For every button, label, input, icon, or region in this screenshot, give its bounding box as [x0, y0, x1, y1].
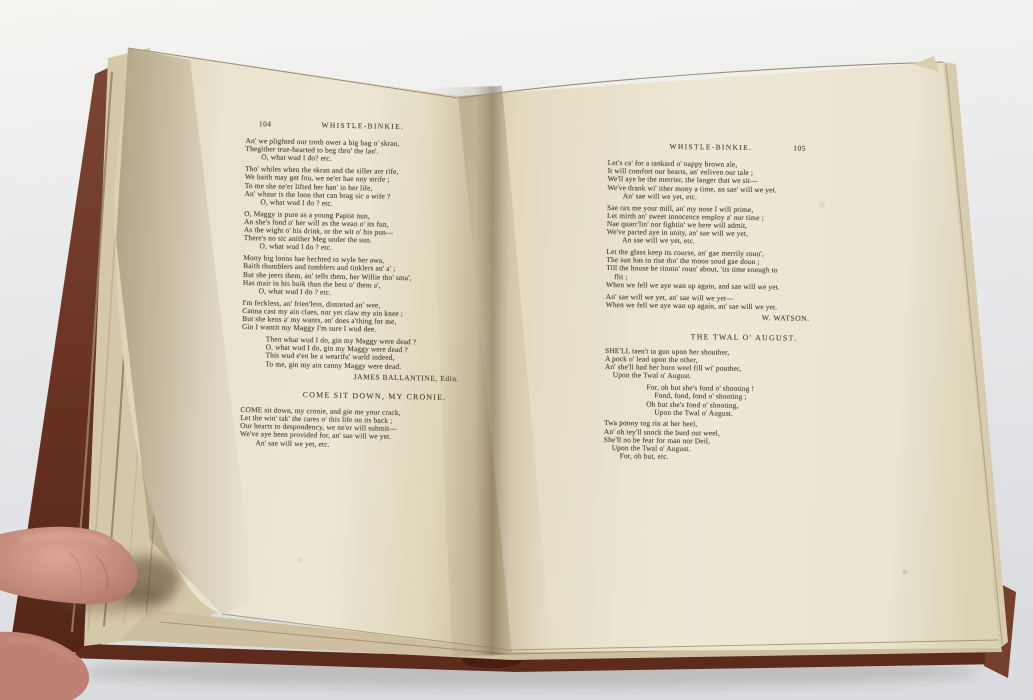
poem-heading: COME SIT DOWN, MY CRONIE.: [241, 390, 509, 403]
left-page-number: 104: [259, 120, 272, 128]
poem-stanza: O, Maggy is pure as a young Papist nun,A…: [243, 210, 526, 256]
poem-stanza: Twa ponny tog rin at her heel,An' oh tey…: [604, 419, 897, 464]
poem-stanza: COME sit down, my cronie, and gie me you…: [240, 406, 523, 452]
right-running-header: WHISTLE-BINKIE. 105: [608, 142, 814, 155]
photo-open-book: 104 WHISTLE-BINKIE. An' we plighted our …: [0, 0, 1033, 700]
poem-stanza: An' we plighted our troth ower a big bag…: [245, 137, 527, 167]
right-running-title: WHISTLE-BINKIE.: [669, 142, 752, 152]
poem-stanza: Then what wud I do, gin my Maggy were de…: [265, 335, 524, 373]
poem-attribution: JAMES BALLANTINE, Edin.: [241, 371, 523, 385]
poem-stanza: Let's ca' for a tankard o' nappy brown a…: [607, 159, 900, 204]
poem-stanza: Mony big loons hae hechted to wyle her a…: [243, 254, 526, 300]
foxing-spot: [297, 557, 302, 562]
left-page-text: 104 WHISTLE-BINKIE. An' we plighted our …: [240, 120, 528, 456]
poem-stanza: Sae rax me your mill, an' my nose I will…: [607, 204, 900, 249]
poem-heading: THE TWAL O' AUGUST.: [605, 332, 882, 344]
poem-stanza: An' sae will we yet, an' sae will we yet…: [606, 293, 898, 313]
left-page-poem: An' we plighted our troth ower a big bag…: [240, 137, 528, 452]
right-page-text: WHISTLE-BINKIE. 105 Let's ca' for a tank…: [604, 142, 900, 468]
poem-stanza: For, oh but she's fond o' shooting ! Fon…: [646, 384, 896, 420]
foxing-spot: [903, 570, 908, 575]
poem-stanza: Let the glass keep its course, an' gae m…: [606, 248, 899, 293]
right-page-number: 105: [793, 145, 806, 153]
left-running-title: WHISTLE-BINKIE.: [321, 120, 404, 131]
poem-stanza: I'm feckless, an' frien'less, distorted …: [242, 299, 525, 337]
right-page-poem: Let's ca' for a tankard o' nappy brown a…: [604, 159, 900, 465]
poem-stanza: Tho' whiles when the skran and the sille…: [244, 165, 527, 211]
poem-stanza: SHE'LL taen't ta gun upon her shouther,A…: [605, 347, 897, 384]
poem-attribution: W. WATSON.: [606, 312, 898, 324]
